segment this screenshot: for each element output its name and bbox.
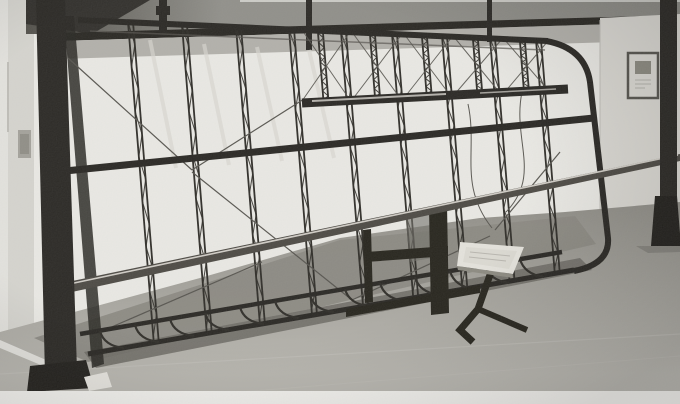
photo-canvas [0, 0, 680, 404]
museum-photograph [0, 0, 680, 404]
photo-stage [0, 0, 680, 404]
photo-grain [0, 0, 680, 404]
